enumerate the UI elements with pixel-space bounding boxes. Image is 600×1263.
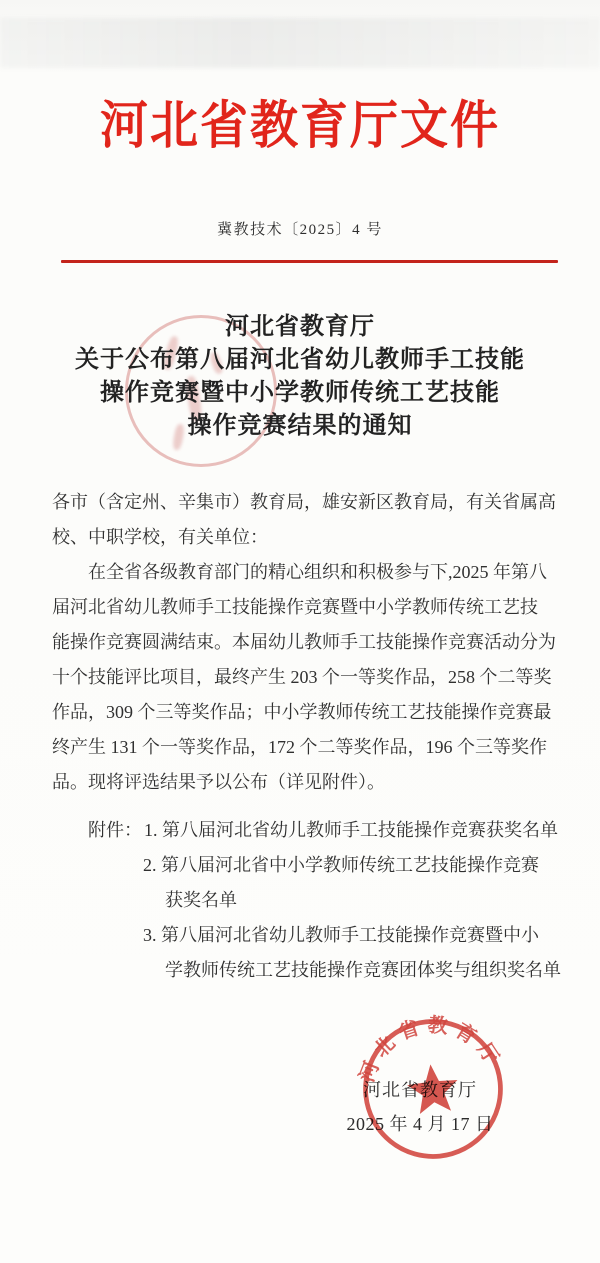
letterhead-divider-rule (61, 260, 558, 263)
attachment-text: 1. 第八届河北省幼儿教师手工技能操作竞赛获奖名单 (144, 820, 558, 840)
attachment-label: 附件： (88, 820, 142, 840)
body-line: 各市（含定州、辛集市）教育局，雄安新区教育局，有关省属高 (52, 485, 558, 520)
document-page: 河北省教育厅文件 冀教技术〔2025〕4 号 河北省教育厅 关于公布第八届河北省… (0, 0, 600, 1263)
body-line: 能操作竞赛圆满结束。本届幼儿教师手工技能操作竞赛活动分为 (52, 625, 558, 660)
document-number: 冀教技术〔2025〕4 号 (0, 219, 600, 241)
notice-title-line: 操作竞赛结果的通知 (0, 410, 600, 443)
attachment-item: 2. 第八届河北省中小学教师传统工艺技能操作竞赛 (0, 848, 600, 883)
body-line: 校、中职学校，有关单位： (52, 520, 558, 555)
notice-body: 各市（含定州、辛集市）教育局，雄安新区教育局，有关省属高 校、中职学校，有关单位… (52, 485, 558, 800)
notice-title-line: 关于公布第八届河北省幼儿教师手工技能 (0, 344, 600, 377)
seal-star-icon (405, 1062, 460, 1115)
attachment-item: 附件：1. 第八届河北省幼儿教师手工技能操作竞赛获奖名单 (0, 813, 600, 848)
notice-title-line: 操作竞赛暨中小学教师传统工艺技能 (0, 377, 600, 410)
official-seal-stamp: 河北省教育厅 (349, 1005, 516, 1172)
notice-title: 河北省教育厅 关于公布第八届河北省幼儿教师手工技能 操作竞赛暨中小学教师传统工艺… (0, 311, 600, 443)
attachment-list: 附件：1. 第八届河北省幼儿教师手工技能操作竞赛获奖名单 2. 第八届河北省中小… (0, 813, 600, 988)
body-line: 十个技能评比项目，最终产生 203 个一等奖作品，258 个二等奖 (52, 660, 558, 695)
body-line: 终产生 131 个一等奖作品，172 个二等奖作品，196 个三等奖作 (52, 730, 558, 765)
body-line: 作品，309 个三等奖作品；中小学教师传统工艺技能操作竞赛最 (52, 695, 558, 730)
body-line: 品。现将评选结果予以公布（详见附件）。 (52, 765, 558, 800)
attachment-item-wrap: 获奖名单 (0, 883, 600, 918)
attachment-item: 3. 第八届河北省幼儿教师手工技能操作竞赛暨中小 (0, 918, 600, 953)
attachment-item-wrap: 学教师传统工艺技能操作竞赛团体奖与组织奖名单 (0, 953, 600, 988)
letterhead-title: 河北省教育厅文件 (0, 94, 600, 161)
notice-title-line: 河北省教育厅 (0, 311, 600, 344)
body-line: 届河北省幼儿教师手工技能操作竞赛暨中小学教师传统工艺技 (52, 590, 558, 625)
body-line: 在全省各级教育部门的精心组织和积极参与下,2025 年第八 (52, 555, 558, 590)
